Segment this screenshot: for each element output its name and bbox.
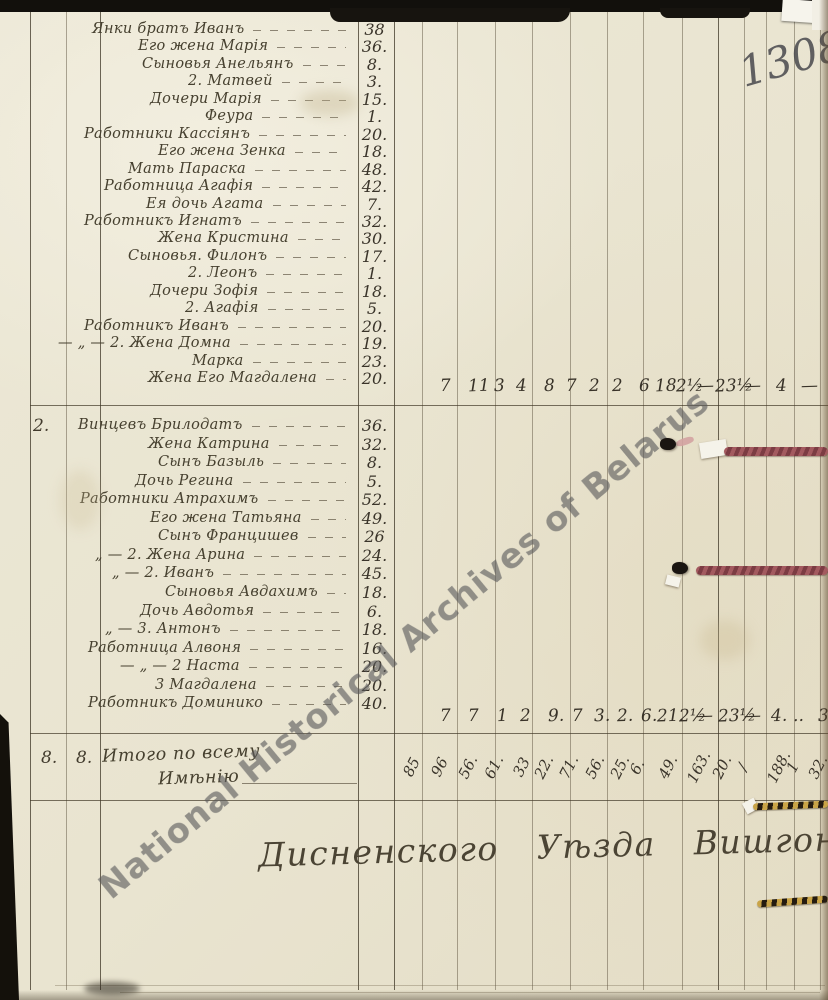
total-number-rotated: 71. <box>555 752 582 781</box>
age-value: 49. <box>356 510 393 527</box>
age-value: 15. <box>356 91 393 108</box>
person-name: 2. Леонъ <box>188 265 257 282</box>
dash-leader <box>327 593 346 594</box>
total-number-rotated: 49. <box>654 752 681 781</box>
age-value: 42. <box>356 178 393 195</box>
dash-leader <box>279 445 346 446</box>
tally-number: 2 <box>589 376 601 396</box>
age-value: 36. <box>356 38 393 55</box>
age-value: 20. <box>356 126 393 143</box>
person-name: Дочери Зофія <box>150 283 258 300</box>
person-name: Его жена Татьяна <box>150 510 302 527</box>
dash-leader <box>268 500 347 501</box>
folio-number-pencil: 1308 <box>733 20 828 97</box>
person-name: Работники Кассіянъ <box>84 126 250 143</box>
red-binding-thread <box>724 447 828 456</box>
dash-leader <box>282 82 346 83</box>
paper-stain <box>700 620 750 660</box>
ruled-row-line <box>55 985 825 986</box>
age-value: 8. <box>356 454 393 471</box>
census-row: Его жена Татьяна <box>150 510 352 527</box>
dash-leader <box>253 362 346 363</box>
person-name: „ — 3. Антонъ <box>105 621 221 638</box>
census-row: Жена Его Магдалена <box>148 370 352 387</box>
person-name: Его жена Зенка <box>158 143 286 160</box>
total-number-rotated: 56. <box>581 752 608 781</box>
tally-number: 3. <box>594 706 611 727</box>
age-value: 36. <box>356 417 393 434</box>
person-name: „ — 2. Иванъ <box>112 565 214 582</box>
tally-number: — <box>801 376 819 397</box>
age-value: 48. <box>356 161 393 178</box>
person-name: Мать Параска <box>128 161 246 178</box>
age-value: 20. <box>356 318 393 335</box>
person-name: Сынъ Базыль <box>158 454 264 471</box>
census-row: „ — 2. Иванъ <box>112 565 352 582</box>
scan-top-edge-bump <box>660 8 750 18</box>
dash-leader <box>273 205 347 206</box>
dash-leader <box>243 482 346 483</box>
age-value: 32. <box>356 213 393 230</box>
person-name: Дочь Авдотья <box>140 603 254 620</box>
paper-tag <box>665 574 681 587</box>
summary-margin-number-2: 8. <box>76 748 92 768</box>
summary-margin-number-1: 8. <box>41 748 57 768</box>
census-row: Сыновья Анельянъ <box>142 56 352 73</box>
total-number-rotated: 163. <box>683 748 714 786</box>
dash-leader <box>308 537 346 538</box>
dash-leader <box>266 274 346 275</box>
age-value: 18. <box>356 143 393 160</box>
tally-number: 2 <box>612 376 624 396</box>
tally-number: 2. <box>617 706 634 727</box>
person-name: Марка <box>192 353 244 370</box>
dash-leader <box>259 135 346 136</box>
tally-number: 7 <box>468 706 480 726</box>
age-value: 17. <box>356 248 393 265</box>
census-row: „ — 2. Жена Арина <box>95 547 352 564</box>
census-row: — „ — 2. Жена Домна <box>58 335 352 352</box>
total-number-rotated: 61. <box>480 752 507 781</box>
census-row: Дочь Авдотья <box>140 603 352 620</box>
person-name: Сынъ Францишев <box>158 528 299 545</box>
gold-binding-cord <box>753 801 828 811</box>
person-name: Винцевъ Брилодатъ <box>78 417 243 434</box>
person-name: 2. Агафія <box>185 300 259 317</box>
tally-number: 8 <box>544 376 556 396</box>
person-name: Ея дочь Агата <box>146 196 264 213</box>
binding-knot <box>672 562 688 574</box>
census-row: „ — 3. Антонъ <box>105 621 352 638</box>
census-row: Сыновья. Филонъ <box>128 248 352 265</box>
census-row: Работница Алвоня <box>88 640 352 657</box>
dash-leader <box>311 519 346 520</box>
census-row: Жена Катрина <box>148 436 352 453</box>
red-binding-thread <box>696 566 828 575</box>
tally-number: 3 <box>494 376 506 396</box>
dash-leader <box>277 47 346 48</box>
census-row: 2. Матвей <box>188 73 352 90</box>
dash-leader <box>251 222 346 223</box>
census-row: Сынъ Базыль <box>158 454 352 471</box>
census-row: Янки братъ Иванъ <box>92 21 352 38</box>
tally-number: 18 <box>655 376 677 397</box>
tally-number: — <box>696 706 714 727</box>
age-value: 7. <box>356 196 393 213</box>
age-value: 20. <box>356 370 393 387</box>
age-value: 5. <box>356 473 393 490</box>
age-value: 18. <box>356 283 393 300</box>
dash-leader <box>268 309 346 310</box>
census-row: — „ — 2 Наста <box>120 658 352 675</box>
total-number-rotated: 33 <box>509 754 534 779</box>
bottom-smudge <box>84 982 140 995</box>
census-row: 2. Леонъ <box>188 265 352 282</box>
person-name: 3 Магдалена <box>155 677 257 694</box>
person-name: Работникъ Иванъ <box>84 318 229 335</box>
age-value: 52. <box>356 491 393 508</box>
person-name: Феура <box>205 108 253 125</box>
person-name: Работникъ Игнатъ <box>84 213 242 230</box>
tally-number: 4 <box>776 376 788 396</box>
dash-leader <box>255 170 346 171</box>
dash-leader <box>298 239 346 240</box>
person-name: Работники Атрахимъ <box>80 491 259 508</box>
dash-leader <box>249 667 346 668</box>
census-row: Работники Кассіянъ <box>84 126 352 143</box>
person-name: „ — 2. Жена Арина <box>95 547 245 564</box>
age-value: 6. <box>356 603 393 620</box>
total-number-rotated: ∕ <box>733 761 751 774</box>
person-name: Сыновья Анельянъ <box>142 56 294 73</box>
dash-leader <box>252 426 346 427</box>
dash-leader <box>267 292 346 293</box>
census-row: Винцевъ Брилодатъ <box>78 417 352 434</box>
census-row: Работница Агафія <box>104 178 352 195</box>
census-row: Жена Кристина <box>158 230 352 247</box>
age-value: 45. <box>356 565 393 582</box>
person-name: Дочери Марія <box>150 91 262 108</box>
census-row: Дочери Зофія <box>150 283 352 300</box>
person-name: 2. Матвей <box>188 73 273 90</box>
census-row: Его жена Марія <box>138 38 352 55</box>
age-value: 19. <box>356 335 393 352</box>
person-name: Сыновья. Филонъ <box>128 248 267 265</box>
tally-number: — <box>744 376 762 397</box>
total-number-rotated: 56. <box>454 752 481 781</box>
person-name: Работница Алвоня <box>88 640 241 657</box>
age-value: 38 <box>356 21 393 38</box>
census-row: Дочь Регина <box>135 473 352 490</box>
dash-leader <box>230 630 346 631</box>
tally-number: 2 <box>520 706 532 726</box>
census-row: Марка <box>192 353 352 370</box>
tally-number: — <box>744 706 762 727</box>
tally-number: 1 <box>497 706 509 726</box>
age-value: 30. <box>356 230 393 247</box>
dash-leader <box>262 117 346 118</box>
age-value: 23. <box>356 353 393 370</box>
ruled-row-line <box>30 800 828 801</box>
tally-number: .. <box>793 706 805 726</box>
tally-number: 4 <box>516 376 528 396</box>
dash-leader <box>303 65 346 66</box>
person-name: Сыновья Авдахимъ <box>165 584 318 601</box>
dash-leader <box>254 556 346 557</box>
dash-leader <box>238 327 346 328</box>
census-row: 2. Агафія <box>185 300 352 317</box>
census-row: Сынъ Францишев <box>158 528 352 545</box>
age-value: 1. <box>356 108 393 125</box>
census-row: Работникъ Игнатъ <box>84 213 352 230</box>
paper-stain <box>300 90 360 116</box>
person-name: Жена Катрина <box>148 436 270 453</box>
tally-number: 11 <box>468 376 490 397</box>
person-name: — „ — 2 Наста <box>120 658 240 675</box>
footer-district-script: Дисненского Уѣзда Вишгонщина <box>258 816 828 874</box>
age-value: 18. <box>356 584 393 601</box>
person-name: Янки братъ Иванъ <box>92 21 244 38</box>
total-number-rotated: 85 <box>399 754 424 779</box>
tally-number: 9. <box>548 706 565 727</box>
age-value: 5. <box>356 300 393 317</box>
binding-knot <box>660 438 676 450</box>
total-number-rotated: 22. <box>530 752 557 781</box>
age-value: 32. <box>356 436 393 453</box>
ruled-column-line <box>30 12 31 990</box>
tally-number: 7 <box>566 376 578 396</box>
census-row: Работникъ Иванъ <box>84 318 352 335</box>
age-value: 24. <box>356 547 393 564</box>
tally-number: 6 <box>639 376 651 396</box>
tally-number: 4. <box>771 706 788 727</box>
census-row: Его жена Зенка <box>158 143 352 160</box>
document-scan: Янки братъ Иванъ38Его жена Марія36.Сынов… <box>0 0 828 1000</box>
age-value: 26 <box>356 528 393 545</box>
dash-leader <box>276 257 346 258</box>
census-row: Мать Параска <box>128 161 352 178</box>
dash-leader <box>262 187 346 188</box>
scan-left-edge <box>0 714 19 1000</box>
age-value: 1. <box>356 265 393 282</box>
dash-leader <box>253 30 346 31</box>
tally-number: 7 <box>572 706 584 726</box>
ruled-row-line <box>30 733 828 734</box>
person-name: Его жена Марія <box>138 38 268 55</box>
age-value: 8. <box>356 56 393 73</box>
tally-number: 7 <box>440 706 452 726</box>
dash-leader <box>263 612 346 613</box>
person-name: Работникъ Доминико <box>88 695 263 712</box>
gold-binding-cord <box>757 896 828 908</box>
dash-leader <box>273 463 346 464</box>
dash-leader <box>240 344 346 345</box>
person-name: Жена Кристина <box>158 230 289 247</box>
person-name: Работница Агафія <box>104 178 253 195</box>
dash-leader <box>223 574 346 575</box>
paper-stain <box>60 470 100 530</box>
age-value: 3. <box>356 73 393 90</box>
census-row: Ея дочь Агата <box>146 196 352 213</box>
tally-number: 7 <box>440 376 452 396</box>
dash-leader <box>250 649 346 650</box>
scan-top-edge-bump <box>330 8 570 22</box>
tally-number: 6. <box>641 706 658 727</box>
section-margin-number: 2. <box>33 416 49 436</box>
person-name: Дочь Регина <box>135 473 234 490</box>
dash-leader <box>326 379 346 380</box>
census-row: Работники Атрахимъ <box>80 491 352 508</box>
total-number-rotated: 96 <box>427 754 452 779</box>
person-name: — „ — 2. Жена Домна <box>58 335 231 352</box>
dash-leader <box>295 152 346 153</box>
binding-edge <box>819 0 828 1000</box>
census-row: Сыновья Авдахимъ <box>165 584 352 601</box>
person-name: Жена Его Магдалена <box>148 370 317 387</box>
